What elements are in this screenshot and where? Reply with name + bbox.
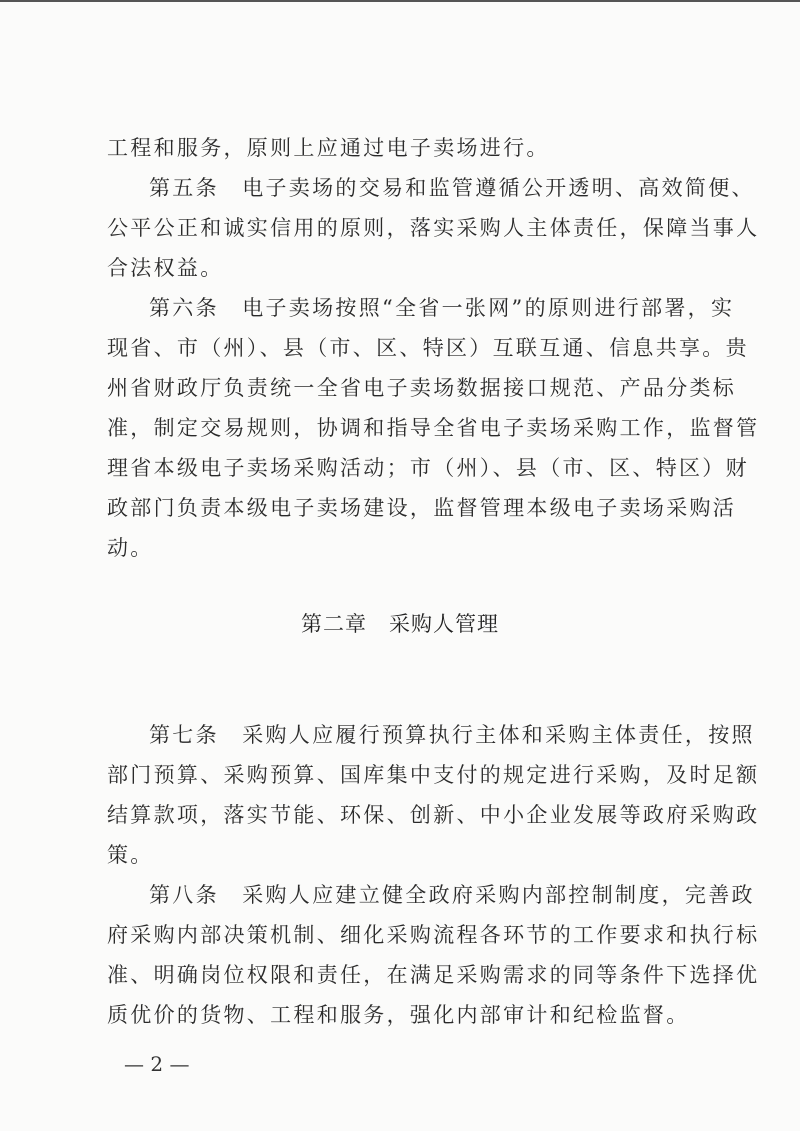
page-top-border	[0, 0, 800, 2]
text-line: 结算款项，落实节能、环保、创新、中小企业发展等政府采购政	[107, 795, 699, 835]
section-1-body: 工程和服务，原则上应通过电子卖场进行。 第五条 电子卖场的交易和监管遵循公开透明…	[107, 128, 699, 568]
article-5-line: 第五条 电子卖场的交易和监管遵循公开透明、高效简便、	[107, 168, 699, 208]
text-line: 合法权益。	[107, 248, 699, 288]
text-line: 策。	[107, 835, 699, 875]
article-6-line: 第六条 电子卖场按照“全省一张网”的原则进行部署，实	[107, 288, 699, 328]
text-line: 准、明确岗位权限和责任，在满足采购需求的同等条件下选择优	[107, 955, 699, 995]
text-line: 质优价的货物、工程和服务，强化内部审计和纪检监督。	[107, 995, 699, 1035]
text-line: 公平公正和诚实信用的原则，落实采购人主体责任，保障当事人	[107, 208, 699, 248]
text-line: 州省财政厅负责统一全省电子卖场数据接口规范、产品分类标	[107, 368, 699, 408]
page-number: — 2 —	[124, 1052, 189, 1076]
text-line: 部门预算、采购预算、国库集中支付的规定进行采购，及时足额	[107, 755, 699, 795]
text-line: 现省、市（州）、县（市、区、特区）互联互通、信息共享。贵	[107, 328, 699, 368]
text-line: 准，制定交易规则，协调和指导全省电子卖场采购工作，监督管	[107, 408, 699, 448]
article-7-line: 第七条 采购人应履行预算执行主体和采购主体责任，按照	[107, 715, 699, 755]
section-2-body: 第七条 采购人应履行预算执行主体和采购主体责任，按照 部门预算、采购预算、国库集…	[107, 715, 699, 1035]
text-line: 工程和服务，原则上应通过电子卖场进行。	[107, 128, 699, 168]
article-8-line: 第八条 采购人应建立健全政府采购内部控制制度，完善政	[107, 875, 699, 915]
text-line: 政部门负责本级电子卖场建设，监督管理本级电子卖场采购活	[107, 488, 699, 528]
text-line: 动。	[107, 528, 699, 568]
text-line: 理省本级电子卖场采购活动；市（州）、县（市、区、特区）财	[107, 448, 699, 488]
text-line: 府采购内部决策机制、细化采购流程各环节的工作要求和执行标	[107, 915, 699, 955]
chapter-heading: 第二章 采购人管理	[0, 608, 800, 638]
